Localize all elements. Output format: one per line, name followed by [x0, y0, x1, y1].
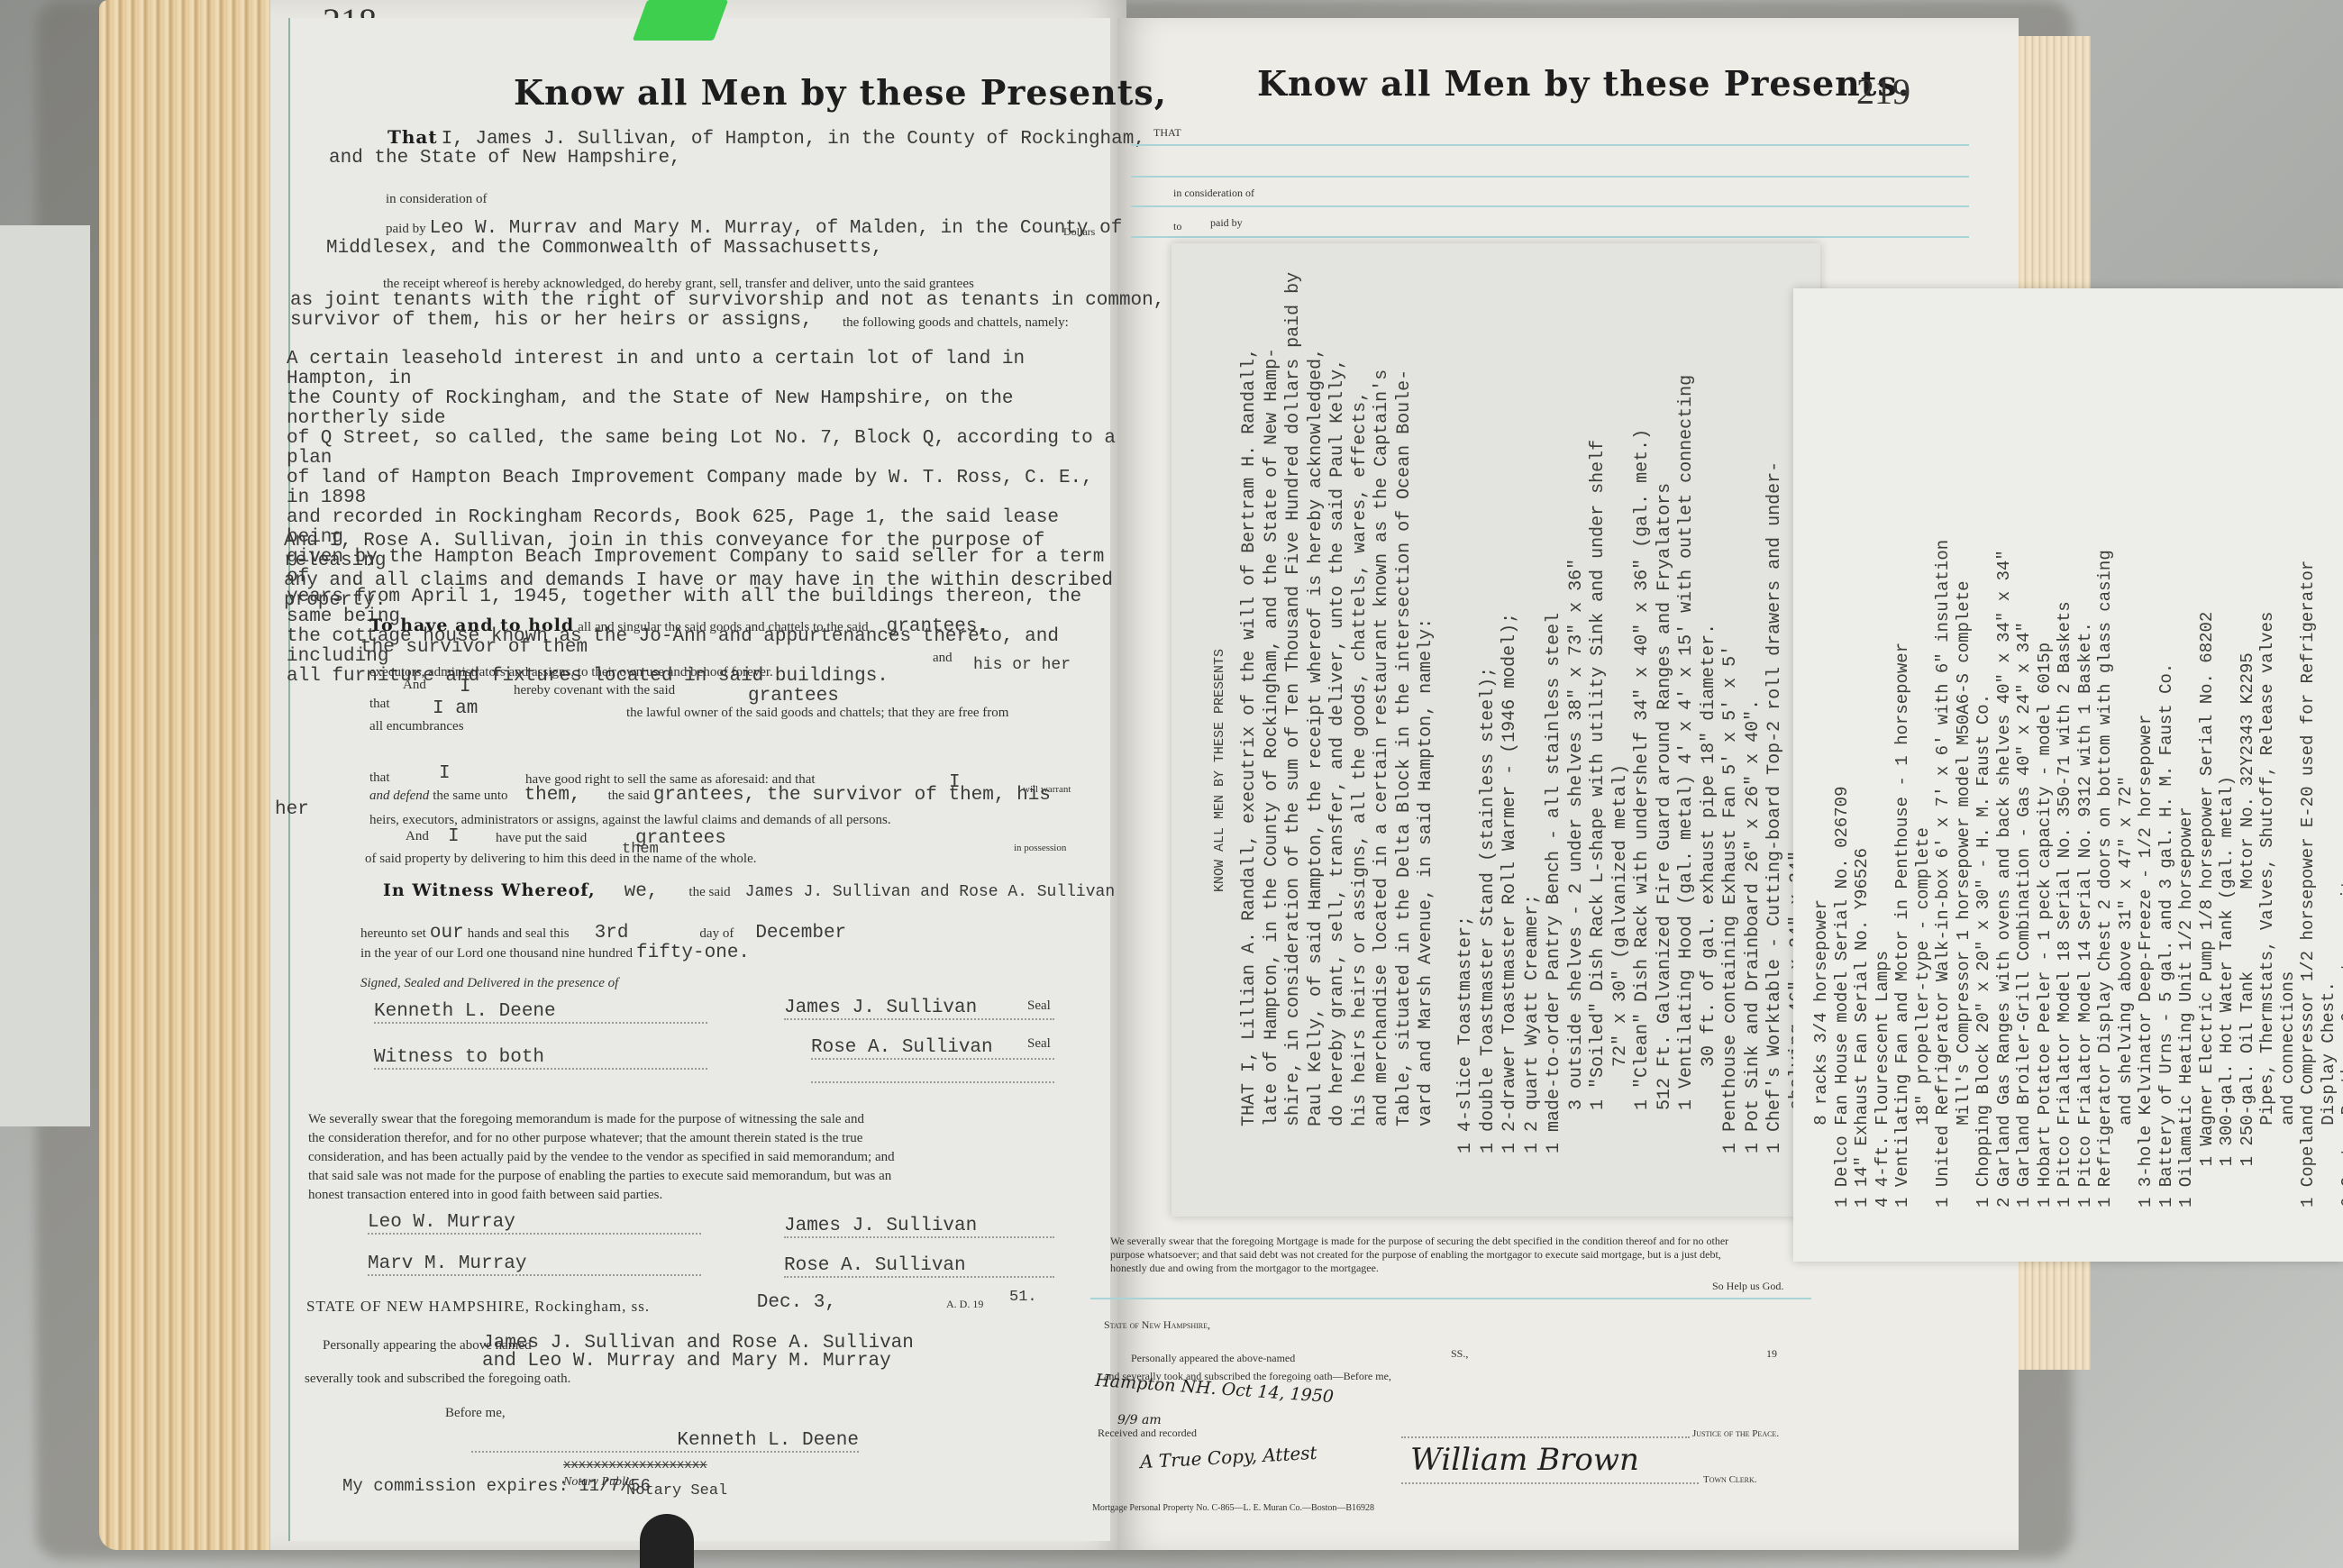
- handwritten-time: 9/9 am: [1117, 1413, 1162, 1427]
- survivor-of-them: the survivor of them: [360, 638, 588, 658]
- inventory-item: 1 "Soiled" Dish Rack L-shape with utilit…: [1588, 375, 1610, 1153]
- form-rule: [1131, 205, 1969, 207]
- description-line: the County of Rockingham, and the State …: [287, 389, 1116, 429]
- year-label-right: 19: [1766, 1347, 1777, 1361]
- before-me-label: Before me,: [445, 1406, 506, 1421]
- oath-line: the consideration therefor, and for no o…: [308, 1129, 1110, 1148]
- received-recorded-label: Received and recorded: [1098, 1427, 1197, 1440]
- i-am: I am: [433, 699, 478, 719]
- delivering-line: of said property by delivering to him th…: [365, 852, 756, 867]
- grantor-block: That I, James J. Sullivan, of Hampton, i…: [387, 126, 1145, 150]
- consideration-label: in consideration of: [386, 192, 487, 207]
- inventory-item: 1 Chopping Block 20" x 20" x 30" - H. M.…: [1974, 540, 1994, 1208]
- inventory-item: 1 Ventilating Hood (gal. metal) 4' x 4' …: [1676, 375, 1699, 1153]
- left-page-heading: Know all Men by these Presents,: [514, 72, 1167, 113]
- inventory-item: 3 outside shelves - 2 under shelves 38" …: [1566, 375, 1589, 1153]
- grantor-signature-2: Rose A. Sullivan: [811, 1038, 1054, 1060]
- habendum-line-1: To have and to hold all and singular the…: [369, 615, 989, 637]
- inventory-items-2: 8 racks 3/4 horsepower1 Delco Fan House …: [1811, 540, 2343, 1208]
- inventory-item: Pipes, Thermstats, Valves, Shutoff, Rele…: [2257, 540, 2278, 1208]
- hereunto-label: hereunto set: [360, 926, 426, 941]
- inventory-item: 1 Delco Fan House model Serial No. 02670…: [1832, 540, 1853, 1208]
- ad-label: A. D. 19: [946, 1298, 983, 1311]
- inventory-item: and connections: [2278, 540, 2299, 1208]
- possession-text: have put the said: [496, 831, 587, 846]
- mortgage-oath-line: purpose whatsoever; and that said debt w…: [1110, 1248, 1813, 1262]
- paid-by-value-2: Middlesex, and the Commonwealth of Massa…: [326, 239, 883, 259]
- inventory-item: 1 2-drawer Toastmaster Roll Warmer - (19…: [1500, 375, 1522, 1153]
- seal-label-2: Seal: [1027, 1036, 1051, 1052]
- struck-text: xxxxxxxxxxxxxxxxxxx: [563, 1458, 707, 1472]
- encumbrances-line: all encumbrances: [369, 719, 464, 734]
- justice-signature-line: [1401, 1436, 1690, 1438]
- mortgage-oath: We severally swear that the foregoing Mo…: [1110, 1235, 1813, 1275]
- inventory-item: 1 Refrigerator Display Chest 2 doors on …: [2095, 540, 2116, 1208]
- margin-note-her: her: [275, 800, 309, 820]
- signed-sealed-label: Signed, Sealed and Delivered in the pres…: [360, 976, 618, 991]
- hands-seal-label: hands and seal this: [468, 926, 570, 941]
- right-that: that: [369, 770, 390, 786]
- inventory-item: 1 "Clean" Dish Rack with undershelf 34" …: [1632, 375, 1655, 1153]
- inventory-item: 1 Battery of Urns - 5 gal. and 3 gal. H.…: [2156, 540, 2177, 1208]
- right-page-heading: Know all Men by these Presents.: [1257, 63, 1910, 104]
- preamble-line: THAT I, Lillian A. Randall, executrix of…: [1239, 272, 1262, 1126]
- right-i: I: [439, 764, 451, 784]
- joint-tenants-line-1: as joint tenants with the right of survi…: [290, 291, 1210, 311]
- ack-oath-line: severally took and subscribed the forego…: [305, 1372, 570, 1387]
- inventory-item: 4 4-ft. Flourescent Lamps: [1873, 540, 1893, 1208]
- preamble-line: shire, in consideration of the sum of Te…: [1283, 272, 1306, 1126]
- release-line: And I, Rose A. Sullivan, join in this co…: [284, 532, 1113, 571]
- mortgage-oath-line: We severally swear that the foregoing Mo…: [1110, 1235, 1813, 1248]
- inventory-item: 1 made-to-order Pantry Bench - all stain…: [1544, 375, 1566, 1153]
- inventory-item: 1 Hobart Potatoe Peeler - 1 peck capacit…: [2035, 540, 2056, 1208]
- said-label: the said: [608, 789, 650, 803]
- preamble-line: late of Hampton, in the County of Rockin…: [1262, 272, 1284, 1126]
- form-rule: [1090, 1298, 1811, 1299]
- paid-by-label-right: paid by: [1210, 216, 1243, 230]
- form-rule: [1131, 144, 1969, 146]
- release-clause: And I, Rose A. Sullivan, join in this co…: [284, 532, 1113, 611]
- town-clerk-label: Town Clerk.: [1703, 1474, 1757, 1485]
- covenant-grantees: grantees: [748, 687, 839, 707]
- preamble-line: Paul Kelly, of said Hampton, the receipt…: [1306, 272, 1328, 1126]
- day-of-label: day of: [699, 926, 734, 941]
- witness-whereof-line: In Witness Whereof, we, the said James J…: [383, 880, 1115, 902]
- inventory-item: 1 3-hole Kelvinator Deep-Freeze - 1/2 ho…: [2136, 540, 2156, 1208]
- page-edges-left: [99, 0, 297, 1550]
- consideration-label-right: in consideration of: [1173, 187, 1254, 200]
- oath-line: We severally swear that the foregoing me…: [308, 1110, 1110, 1129]
- clerk-signature-line: [1401, 1482, 1699, 1484]
- notary-name: Kenneth L. Deene: [471, 1431, 859, 1453]
- in-possession: in possession: [1014, 843, 1066, 853]
- ack-date: Dec. 3,: [584, 1293, 836, 1313]
- grantor-signature-1: James J. Sullivan: [784, 998, 1054, 1020]
- preamble-line: and merchandise located in a certain res…: [1372, 272, 1394, 1126]
- inventory-item: 512 Ft. Galvanized Fire Guard around Ran…: [1655, 375, 1677, 1153]
- inventory-item: Display Chest.: [2319, 540, 2339, 1208]
- to-have-text: all and singular the said goods and chat…: [578, 620, 868, 634]
- notary-seal-label: Notary Seal: [626, 1482, 727, 1500]
- pasted-inventory-sheet-1: KNOW ALL MEN BY THESE PRESENTS THAT I, L…: [1171, 243, 1820, 1217]
- witness-we: we,: [624, 881, 659, 902]
- inventory-item: 1 250-gal. Oil Tank Motor No. 32Y2343 K2…: [2238, 540, 2258, 1208]
- habendum-grantees: grantees,: [887, 616, 989, 637]
- sworn-statement: We severally swear that the foregoing me…: [308, 1110, 1110, 1205]
- green-paper-clip: [633, 0, 728, 41]
- inventory-item: 1 Pitco Frialator Model 14 Serial No. 93…: [2075, 540, 2096, 1208]
- inventory-item: 1 14" Exhaust Fan Serial No. Y96526: [1852, 540, 1873, 1208]
- signature-line-blank: [811, 1081, 1054, 1083]
- ack-year: 51.: [1009, 1289, 1037, 1306]
- release-line: property.: [284, 591, 1113, 611]
- mortgage-oath-line: honestly due and owing from the mortgago…: [1110, 1262, 1813, 1275]
- witness-signature-1: Kenneth L. Deene: [374, 1002, 707, 1024]
- month-value: December: [755, 923, 846, 944]
- inventory-item: 1 Garland Broiler-Grill Combination - Ga…: [2014, 540, 2035, 1208]
- release-line: any and all claims and demands I have or…: [284, 571, 1113, 591]
- defend-grantees: grantees, the survivor of them, his: [653, 785, 1051, 806]
- description-line: of land of Hampton Beach Improvement Com…: [287, 469, 1116, 508]
- seal-label-1: Seal: [1027, 998, 1051, 1014]
- oath-line: honest transaction entered into in good …: [308, 1186, 1110, 1205]
- oath-line: that said sale was not made for the purp…: [308, 1167, 1110, 1186]
- pasted-inventory-sheet-2: 8 racks 3/4 horsepower1 Delco Fan House …: [1793, 288, 2343, 1262]
- state-label-right: State of New Hampshire,: [1104, 1318, 1210, 1332]
- witness-signature-2: Witness to both: [374, 1048, 707, 1070]
- inventory-item: 1 Penthouse containing Exhaust Fan 5' x …: [1720, 375, 1743, 1153]
- preamble-line: his heirs heirs or assigns, all the good…: [1350, 272, 1372, 1126]
- lawful-owner-line: the lawful owner of the said goods and c…: [626, 706, 1008, 721]
- description-line: of Q Street, so called, the same being L…: [287, 429, 1116, 469]
- loose-paper-sheet: [0, 225, 90, 1126]
- witness-the-said: the said: [688, 885, 730, 899]
- covenant-and: And: [403, 678, 426, 693]
- inventory-item: 1 Pot Sink and Drainboard 26" x 26" x 40…: [1743, 375, 1765, 1153]
- paid-by-label: paid by: [386, 222, 426, 236]
- inventory-item: 1 Oilamatic Heating Unit 1/2 horsepower: [2176, 540, 2197, 1208]
- year-line: in the year of our Lord one thousand nin…: [360, 944, 750, 963]
- paid-by-block: paid by Leo W. Murrav and Mary M. Murray…: [386, 219, 1122, 239]
- oath-signer-left-2: Marv M. Murray: [368, 1254, 701, 1276]
- oath-signer-right-2: Rose A. Sullivan: [784, 1256, 1054, 1278]
- inventory-preamble: THAT I, Lillian A. Randall, executrix of…: [1239, 272, 1438, 1126]
- commission-expires: My commission expires: 11/7/56: [342, 1476, 651, 1496]
- and-label: and: [933, 651, 953, 666]
- inventory-item: 1 2 quart Wyatt Creamer;: [1522, 375, 1545, 1153]
- year-prefix: in the year of our Lord one thousand nin…: [360, 946, 633, 961]
- that-label-2: that: [369, 697, 390, 712]
- preamble-line: Table, situated in the Delta Block in th…: [1394, 272, 1417, 1126]
- hereunto-our: our: [430, 923, 464, 944]
- description-line: A certain leasehold interest in and unto…: [287, 350, 1116, 389]
- oath-signer-right-1: James J. Sullivan: [784, 1217, 1054, 1238]
- so-help-label: So Help us God.: [1712, 1280, 1783, 1293]
- inventory-item: 1 Chef's Worktable - Cutting-board Top-2…: [1764, 375, 1787, 1153]
- paid-by-value: Leo W. Murrav and Mary M. Murray, of Mal…: [430, 218, 1123, 239]
- inventory-item: 1 4-slice Toastmaster;: [1455, 375, 1478, 1153]
- his-or-her: his or her: [973, 656, 1071, 674]
- inventory-item: 1 300-gal. Hot Water Tank (gal. metal): [2217, 540, 2238, 1208]
- inventory-item: 72" x 30" (galvanized metal): [1610, 375, 1633, 1153]
- inventory-item: 30 ft. of gal. exhaust pipe 18" diameter…: [1699, 375, 1721, 1153]
- grantor-line-2: and the State of New Hampshire,: [329, 149, 681, 169]
- oath-signer-left-1: Leo W. Murray: [368, 1213, 701, 1235]
- covenant-i: I: [460, 678, 471, 697]
- preamble-line: vard and Marsh Avenue, in said Hampton, …: [1416, 272, 1438, 1126]
- defend-line: and defend the same unto them, the said …: [369, 786, 1051, 806]
- appeared-label: Personally appeared the above-named: [1131, 1352, 1295, 1365]
- form-footer: Mortgage Personal Property No. C-865—L. …: [1092, 1503, 1374, 1513]
- day-value: 3rd: [595, 923, 629, 944]
- inventory-item: 1 double Toastmaster Stand (stainless st…: [1478, 375, 1500, 1153]
- defend-them: them,: [524, 785, 581, 806]
- inventory-item: 1 Pitco Frialator Model 18 Serial No. 35…: [2055, 540, 2075, 1208]
- inventory-item: 2 Garland Gas Ranges with ovens and back…: [1994, 540, 2015, 1208]
- covenant-text: hereby covenant with the said: [514, 683, 675, 698]
- inventory-item: 6 Custom Booths - 6 seat capacity: [2338, 540, 2343, 1208]
- that-label: That: [387, 126, 438, 148]
- inventory-item: 8 racks 3/4 horsepower: [1811, 540, 1832, 1208]
- page-number-right: 219: [1856, 70, 1910, 113]
- inventory-item: Mill's Compressor 1 horsepower model M50…: [1954, 540, 1974, 1208]
- appearing-names-2: and Leo W. Murray and Mary M. Murray: [482, 1352, 891, 1372]
- hereunto-line: hereunto set our hands and seal this 3rd…: [360, 924, 846, 944]
- defend-label: and defend: [369, 789, 429, 803]
- to-label: to: [1173, 220, 1181, 233]
- possession-i: I: [448, 827, 460, 847]
- that-label-right: THAT: [1153, 126, 1181, 140]
- inventory-title: KNOW ALL MEN BY THESE PRESENTS: [1212, 649, 1227, 892]
- form-rule: [1131, 176, 1969, 178]
- inventory-item: 1 Wagner Electric Pump 1/8 horsepower Se…: [2197, 540, 2218, 1208]
- town-clerk-signature: William Brown: [1410, 1442, 1639, 1478]
- justice-label: Justice of the Peace.: [1692, 1428, 1779, 1439]
- binder-clip: [640, 1514, 694, 1568]
- dollars-label: Dollars: [1063, 225, 1095, 239]
- joint-tenants-line-2: survivor of them, his or her heirs or as…: [290, 311, 813, 331]
- inventory-item: 1 United Refrigerator Walk-in-box 6' x 7…: [1933, 540, 1954, 1208]
- witness-names: James J. Sullivan and Rose A. Sullivan: [745, 883, 1115, 901]
- defend-text: the same unto: [433, 789, 507, 803]
- witness-whereof-label: In Witness Whereof,: [383, 880, 596, 900]
- oath-line: consideration, and has been actually pai…: [308, 1148, 1110, 1167]
- inventory-item: 1 Copeland Compressor 1/2 horsepower E-2…: [2298, 540, 2319, 1208]
- goods-label: the following goods and chattels, namely…: [843, 315, 1069, 331]
- form-rule: [1131, 236, 1969, 238]
- to-have-label: To have and to hold: [369, 615, 574, 635]
- inventory-item: and shelving above 31" x 47" x 72": [2116, 540, 2137, 1208]
- possession-and: And: [406, 829, 429, 844]
- year-value: fifty-one.: [636, 943, 750, 963]
- inventory-item: 18" propeller-type - complete: [1913, 540, 1934, 1208]
- inventory-item: 1 Ventilating Fan and Motor in Penthouse…: [1892, 540, 1913, 1208]
- grantor-line: I, James J. Sullivan, of Hampton, in the…: [442, 129, 1145, 150]
- preamble-line: do hereby grant, sell, transfer, and del…: [1327, 272, 1350, 1126]
- ss-label: SS.,: [1451, 1347, 1468, 1361]
- executors-line: executors, administrators and assigns, t…: [369, 665, 773, 680]
